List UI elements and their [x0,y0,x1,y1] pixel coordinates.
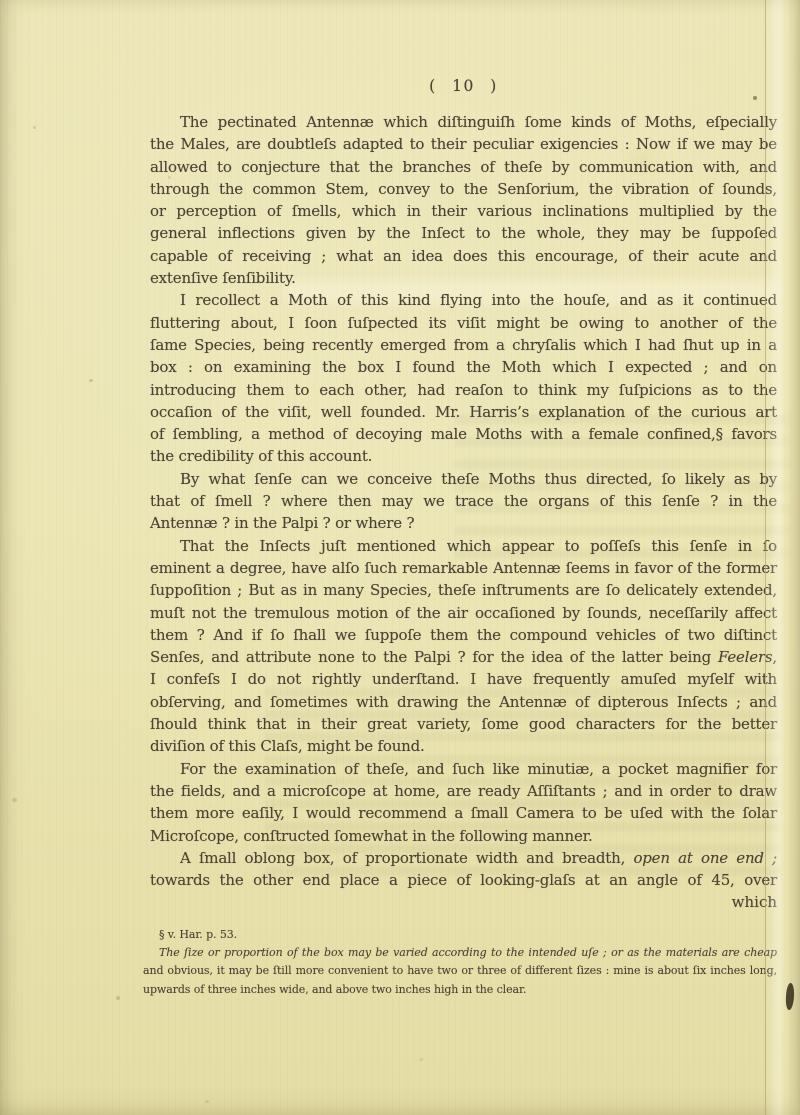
body-line: the Males, are doubtleſs adapted to thei… [150,133,777,155]
body-line: or perception of ſmells, which in their … [150,200,777,222]
body-line: that of ſmell ? where then may we trace … [150,490,777,512]
body-line: That the Inſects juſt mentioned which ap… [150,535,777,557]
body-line: the fields, and a microſcope at home, ar… [150,780,777,802]
body-line: ſame Species, being recently emerged fro… [150,334,777,356]
body-line: general inflections given by the Inſect … [150,222,777,244]
catchword: which [150,891,777,913]
body-line: ſhould think that in their great variety… [150,713,777,735]
body-line: introducing them to each other, had reaſ… [150,379,777,401]
body-line: fluttering about, I ſoon ſuſpected its v… [150,312,777,334]
body-line: I confeſs I do not rightly underſtand. I… [150,668,777,690]
body-line: towards the other end place a piece of l… [150,869,777,891]
foxing-spot [33,126,36,129]
body-line: capable of receiving ; what an idea does… [150,245,777,267]
body-line: A ſmall oblong box, of proportionate wid… [150,847,777,869]
page-edge [765,0,800,1115]
foxing-spot [205,1100,209,1103]
body-line: For the examination of theſe, and ſuch l… [150,758,777,780]
body-line: allowed to conjecture that the branches … [150,156,777,178]
footnote-line: § v. Har. p. 53. [143,926,777,944]
body-line: extenſive ſenſibility. [150,267,777,289]
body-line: them ? And if ſo ſhall we ſuppoſe them t… [150,624,777,646]
body-line: occaſion of the viſit, well founded. Mr.… [150,401,777,423]
footnote-line: and obvious, it may be ſtill more conven… [143,962,777,980]
body-line: ſuppoſition ; But as in many Species, th… [150,579,777,601]
foxing-spot [420,1058,423,1061]
body-line: Microſcope, conſtructed ſomewhat in the … [150,825,777,847]
foxing-spot [12,798,17,802]
footnote-line: The ſize or proportion of the box may be… [143,944,777,962]
body-text: The pectinated Antennæ which diſtinguiſh… [150,111,777,891]
book-page-scan: ( 10 ) The pectinated Antennæ which diſt… [0,0,800,1115]
body-line: The pectinated Antennæ which diſtinguiſh… [150,111,777,133]
body-line: the credibility of this account. [150,445,777,467]
body-line: obſerving, and ſometimes with drawing th… [150,691,777,713]
body-line: through the common Stem, convey to the S… [150,178,777,200]
body-line: muſt not the tremulous motion of the air… [150,602,777,624]
body-line: By what ſenſe can we conceive theſe Moth… [150,468,777,490]
body-line: I recollect a Moth of this kind flying i… [150,289,777,311]
body-line: Antennæ ? in the Palpi ? or where ? [150,512,777,534]
body-line: them more eaſily, I would recommend a ſm… [150,802,777,824]
body-line: box : on examining the box I found the M… [150,356,777,378]
body-line: eminent a degree, have alſo ſuch remarka… [150,557,777,579]
body-line: Senſes, and attribute none to the Palpi … [150,646,777,668]
footnote-line: upwards of three inches wide, and above … [143,981,777,999]
body-line: diviſion of this Claſs, might be found. [150,735,777,757]
ink-speck [753,96,757,100]
body-line: of ſembling, a method of decoying male M… [150,423,777,445]
foxing-spot [116,996,120,1000]
page-number: ( 10 ) [150,76,777,96]
footnotes: § v. Har. p. 53. The ſize or proportion … [143,926,777,999]
foxing-spot [89,379,93,382]
